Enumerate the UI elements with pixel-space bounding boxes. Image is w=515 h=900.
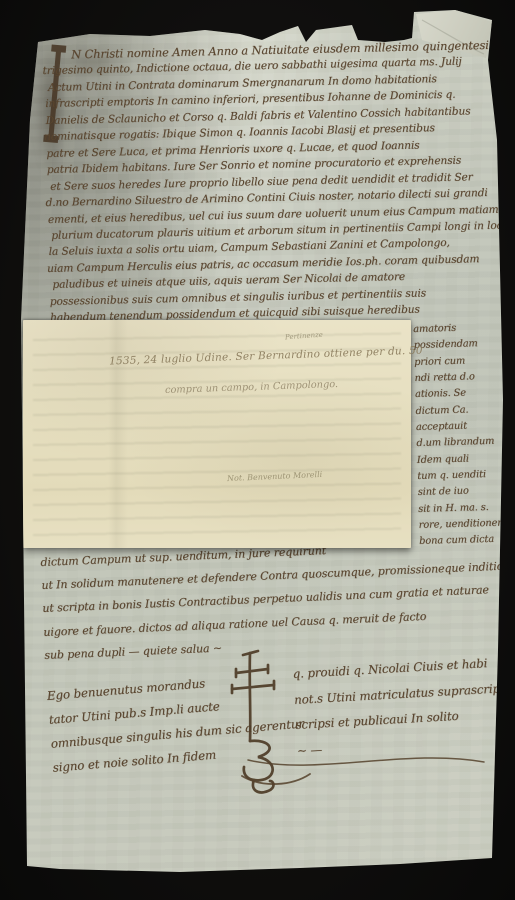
right-margin-fragments: amatorispossidendampriori cumndi retta d… <box>413 319 515 551</box>
parchment-document: I N Christi nomine Amen Anno a Natiuitat… <box>0 0 515 900</box>
photo-stage: I N Christi nomine Amen Anno a Natiuitat… <box>0 0 515 900</box>
archivist-note-slip: Pertinenze 1535, 24 luglio Udine. Ser Be… <box>23 320 411 548</box>
slip-date-line: 1535, 24 luglio Udine. Ser Bernardino ot… <box>109 345 423 368</box>
signature-flourish <box>236 740 496 792</box>
slip-place-line: compra un campo, in Campolongo. <box>165 379 338 396</box>
slip-faint-note: Pertinenze <box>285 331 323 342</box>
main-text-block: N Christi nomine Amen Anno a Natiuitate … <box>44 37 506 327</box>
slip-signature: Not. Benvenuto Morelli <box>227 470 323 483</box>
manuscript-line: rore, uenditionem <box>418 515 515 534</box>
